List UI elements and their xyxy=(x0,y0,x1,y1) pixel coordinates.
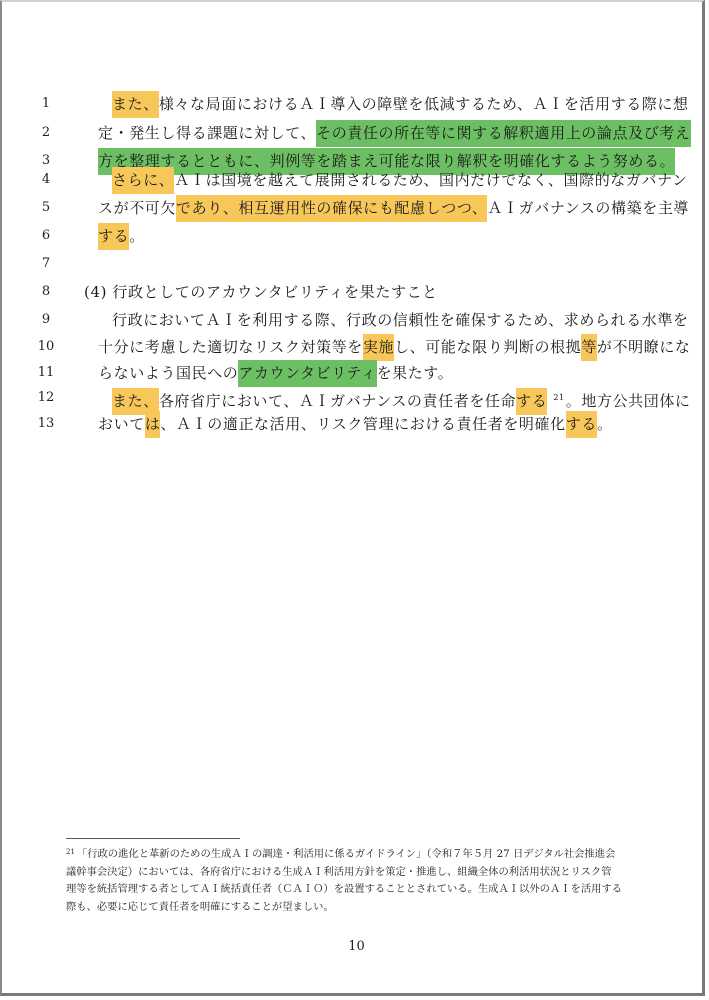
text-segment: し、可能な限り判断の根拠 xyxy=(394,338,581,356)
highlight-yellow: また、 xyxy=(112,91,159,118)
text-segment: スが不可欠 xyxy=(98,199,176,217)
highlight-yellow: する xyxy=(566,411,597,438)
footnote-mark: 21 xyxy=(66,848,75,856)
text-segment: 定・発生し得る課題に対して、 xyxy=(98,124,316,142)
highlight-yellow: であり、相互運用性の確保にも配慮しつつ、 xyxy=(176,195,487,222)
document-page: 1 また、様々な局面におけるＡＩ導入の障壁を低減するため、ＡＩを活用する際に想 … xyxy=(0,0,705,996)
line-2: 2 定・発生し得る課題に対して、その責任の所在等に関する解釈適用上の論点及び考え xyxy=(2,119,702,147)
text-segment: 各府省庁において、ＡＩガバナンスの責任者を任命 xyxy=(159,392,516,410)
text-segment: 様々な局面におけるＡＩ導入の障壁を低減するため、ＡＩを活用する際に想 xyxy=(159,95,689,113)
text-segment: ＡＩは国境を越えて展開されるため、国内だけでなく、国際的なガバナン xyxy=(174,171,687,189)
line-text: さらに、ＡＩは国境を越えて展開されるため、国内だけでなく、国際的なガバナン xyxy=(112,166,688,194)
text-segment: を果たす。 xyxy=(377,364,454,382)
line-number: 5 xyxy=(32,194,60,222)
line-9: 9 行政においてＡＩを利用する際、行政の信頼性を確保するため、求められる水準を xyxy=(2,306,702,334)
line-text: らないよう国民へのアカウンタビリティを果たす。 xyxy=(98,359,453,387)
highlight-yellow: さらに、 xyxy=(112,167,174,194)
footnote-separator xyxy=(66,838,240,839)
highlight-green: その責任の所在等に関する解釈適用上の論点及び考え xyxy=(316,120,690,147)
footnote-line: 議幹事会決定）においては、各府省庁における生成ＡＩ利活用方針を策定・推進し、組織… xyxy=(66,864,656,882)
text-segment: 、ＡＩの適正な活用、リスク管理における責任者を明確化 xyxy=(160,415,565,433)
text-segment: が不明瞭にな xyxy=(597,338,691,356)
line-11: 11 らないよう国民へのアカウンタビリティを果たす。 xyxy=(2,359,702,387)
line-number: 7 xyxy=(32,250,60,278)
line-number: 6 xyxy=(32,222,60,250)
line-text: 十分に考慮した適切なリスク対策等を実施し、可能な限り判断の根拠等が不明瞭にな xyxy=(98,333,691,361)
text-segment: 。 xyxy=(129,227,145,245)
line-13: 13 おいては、ＡＩの適正な活用、リスク管理における責任者を明確化する。 xyxy=(2,410,702,438)
text-segment: 。 xyxy=(597,415,613,433)
line-4: 4 さらに、ＡＩは国境を越えて展開されるため、国内だけでなく、国際的なガバナン xyxy=(2,166,702,194)
text-segment: 十分に考慮した適切なリスク対策等を xyxy=(98,338,363,356)
highlight-yellow: する xyxy=(98,223,129,250)
line-number: 13 xyxy=(32,410,60,438)
line-6: 6 する。 xyxy=(2,222,702,250)
footnote-line: 21「行政の進化と革新のための生成ＡＩの調達・利活用に係るガイドライン」（令和７… xyxy=(66,844,656,864)
text-segment: ＡＩガバナンスの構築を主導 xyxy=(487,199,689,217)
line-text: スが不可欠であり、相互運用性の確保にも配慮しつつ、ＡＩガバナンスの構築を主導 xyxy=(98,194,689,222)
footnote-line: 理等を統括管理する者としてＡＩ統括責任者（ＣＡＩＯ）を設置することとされている。… xyxy=(66,881,656,899)
line-number: 12 xyxy=(32,384,60,412)
footnote-text: 「行政の進化と革新のための生成ＡＩの調達・利活用に係るガイドライン」（令和７年５… xyxy=(77,848,615,860)
line-number: 11 xyxy=(32,359,60,387)
line-number: 4 xyxy=(32,166,60,194)
line-number: 2 xyxy=(32,119,60,147)
footnote: 21「行政の進化と革新のための生成ＡＩの調達・利活用に係るガイドライン」（令和７… xyxy=(66,844,656,916)
footnote-reference[interactable]: 21 xyxy=(553,393,564,402)
line-text: 行政においてＡＩを利用する際、行政の信頼性を確保するため、求められる水準を xyxy=(112,306,689,334)
line-text: 定・発生し得る課題に対して、その責任の所在等に関する解釈適用上の論点及び考え xyxy=(98,119,691,147)
page-number: 10 xyxy=(2,939,709,954)
highlight-yellow: 実施 xyxy=(363,334,394,361)
line-text: また、様々な局面におけるＡＩ導入の障壁を低減するため、ＡＩを活用する際に想 xyxy=(112,90,689,118)
text-segment: 。地方公共団体に xyxy=(566,392,691,410)
line-number: 10 xyxy=(32,333,60,361)
line-number: 1 xyxy=(32,90,60,118)
highlight-green: アカウンタビリティ xyxy=(238,360,376,387)
line-number: 8 xyxy=(32,278,60,306)
highlight-yellow: 等 xyxy=(581,334,597,361)
line-5: 5 スが不可欠であり、相互運用性の確保にも配慮しつつ、ＡＩガバナンスの構築を主導 xyxy=(2,194,702,222)
line-text: する。 xyxy=(98,222,145,250)
text-segment: おいて xyxy=(98,415,145,433)
line-number: 9 xyxy=(32,306,60,334)
line-7: 7 xyxy=(2,250,702,278)
text-segment: らないよう国民への xyxy=(98,364,238,382)
line-12: 12 また、各府省庁において、ＡＩガバナンスの責任者を任命する21。地方公共団体… xyxy=(2,384,702,412)
line-1: 1 また、様々な局面におけるＡＩ導入の障壁を低減するため、ＡＩを活用する際に想 xyxy=(2,90,702,118)
line-text: おいては、ＡＩの適正な活用、リスク管理における責任者を明確化する。 xyxy=(98,410,613,438)
footnote-line: 際も、必要に応じて責任者を明確にすることが望ましい。 xyxy=(66,899,656,917)
highlight-yellow: は xyxy=(145,411,161,438)
section-heading: (4) 行政としてのアカウンタビリティを果たすこと xyxy=(84,278,438,306)
line-8: 8 (4) 行政としてのアカウンタビリティを果たすこと xyxy=(2,278,702,306)
line-10: 10 十分に考慮した適切なリスク対策等を実施し、可能な限り判断の根拠等が不明瞭に… xyxy=(2,333,702,361)
